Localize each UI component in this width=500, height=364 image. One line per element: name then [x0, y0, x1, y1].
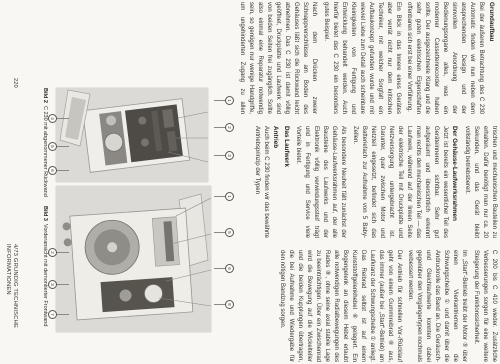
- callout-number-circle: 3: [48, 280, 57, 289]
- back-view-illustration: [56, 88, 208, 182]
- article-text-columns: GrundaufbauBei der äußeren Betrachtung d…: [236, 2, 498, 362]
- section-heading: Das Laufwerk: [282, 126, 291, 238]
- figure-caption-text: C 230 mit abgenommener Rückwand: [42, 106, 48, 197]
- callout-leader-line: [57, 118, 69, 119]
- journal-footer: 4/73 GRUNDIG TECHNISCHE INFORMATIONEN: [4, 244, 18, 364]
- article-paragraph: Nach dem Drücken zweier Schnappverschlüs…: [236, 2, 319, 114]
- callout-number-circle: 7: [48, 310, 57, 319]
- callout-leader-line: [57, 284, 69, 285]
- journal-page: GrundaufbauBei der äußeren Betrachtung d…: [0, 0, 500, 364]
- section-heading: Antrieb: [272, 126, 281, 238]
- figure-caption-text: Vorderansicht mit demontierter Frontwand: [42, 224, 48, 326]
- article-paragraph: Jetzt ist bereits ein wesentlicher Teil …: [350, 126, 449, 238]
- callout-leader-line: [57, 146, 69, 147]
- figure-label: Bild 3: [42, 206, 48, 221]
- article-paragraph: C 200 bis C 410 wieder. Zusätzliche Verb…: [471, 250, 498, 362]
- callout-number-circle: 8: [225, 300, 234, 309]
- article-paragraph: Auch beim C 230 finden wir das bewährte …: [252, 126, 270, 238]
- article-paragraph: Ein Blick in das Innere eines Gerätes ab…: [321, 2, 402, 114]
- callout-number-circle: 6: [48, 166, 57, 175]
- article-paragraph: Im „Start“-Betrieb treibt der Motor ⑤ üb…: [406, 250, 469, 362]
- callout-number-circle: 2: [225, 123, 234, 132]
- callout-number-circle: 1: [225, 192, 234, 201]
- callout-number-circle: 3: [225, 151, 234, 160]
- callout-number-circle: 1: [225, 96, 234, 105]
- figure-label: Bild 2: [42, 88, 48, 103]
- front-view-illustration: [56, 186, 211, 332]
- callout-number-circle: 6: [225, 264, 234, 273]
- figure-back-view-photo: [56, 88, 208, 182]
- figure-front-view-photo: [56, 186, 211, 332]
- figure-caption-back-view: Bild 2C 230 mit abgenommener Rückwand: [41, 88, 48, 197]
- article-column-3: C 200 bis C 410 wieder. Zusätzliche Verb…: [236, 250, 498, 362]
- article-paragraph: Als besondere Neuheit fällt zunächst der…: [294, 126, 348, 238]
- page-number: 220: [11, 78, 18, 88]
- callout-number-circle: 2: [48, 248, 57, 257]
- section-heading: Der Gehäuse-Laufwerksrahmen: [451, 126, 460, 238]
- callout-leader-line: [57, 252, 69, 253]
- callout-number-circle: 4: [48, 114, 57, 123]
- article-column-1: GrundaufbauBei der äußeren Betrachtung d…: [236, 2, 498, 114]
- article-paragraph: trischen und mechanischen Bauteilen zu e…: [462, 126, 498, 238]
- callout-leader-line: [57, 314, 69, 315]
- callout-number-circle: 5: [225, 228, 234, 237]
- section-heading: Grundaufbau: [487, 2, 496, 114]
- article-paragraph: Bei der äußeren Betrachtung des C 230 Au…: [405, 2, 486, 114]
- scanned-journal-screenshot: GrundaufbauBei der äußeren Betrachtung d…: [0, 0, 500, 364]
- figure-caption-front-view: Bild 3Vorderansicht mit demontierter Fro…: [41, 206, 48, 326]
- callout-number-circle: 5: [48, 142, 57, 151]
- article-column-2: trischen und mechanischen Bauteilen zu e…: [236, 126, 498, 238]
- article-paragraph: Der Antrieb für schnellen Vor-/Rücklauf …: [277, 250, 403, 362]
- callout-leader-line: [57, 170, 69, 171]
